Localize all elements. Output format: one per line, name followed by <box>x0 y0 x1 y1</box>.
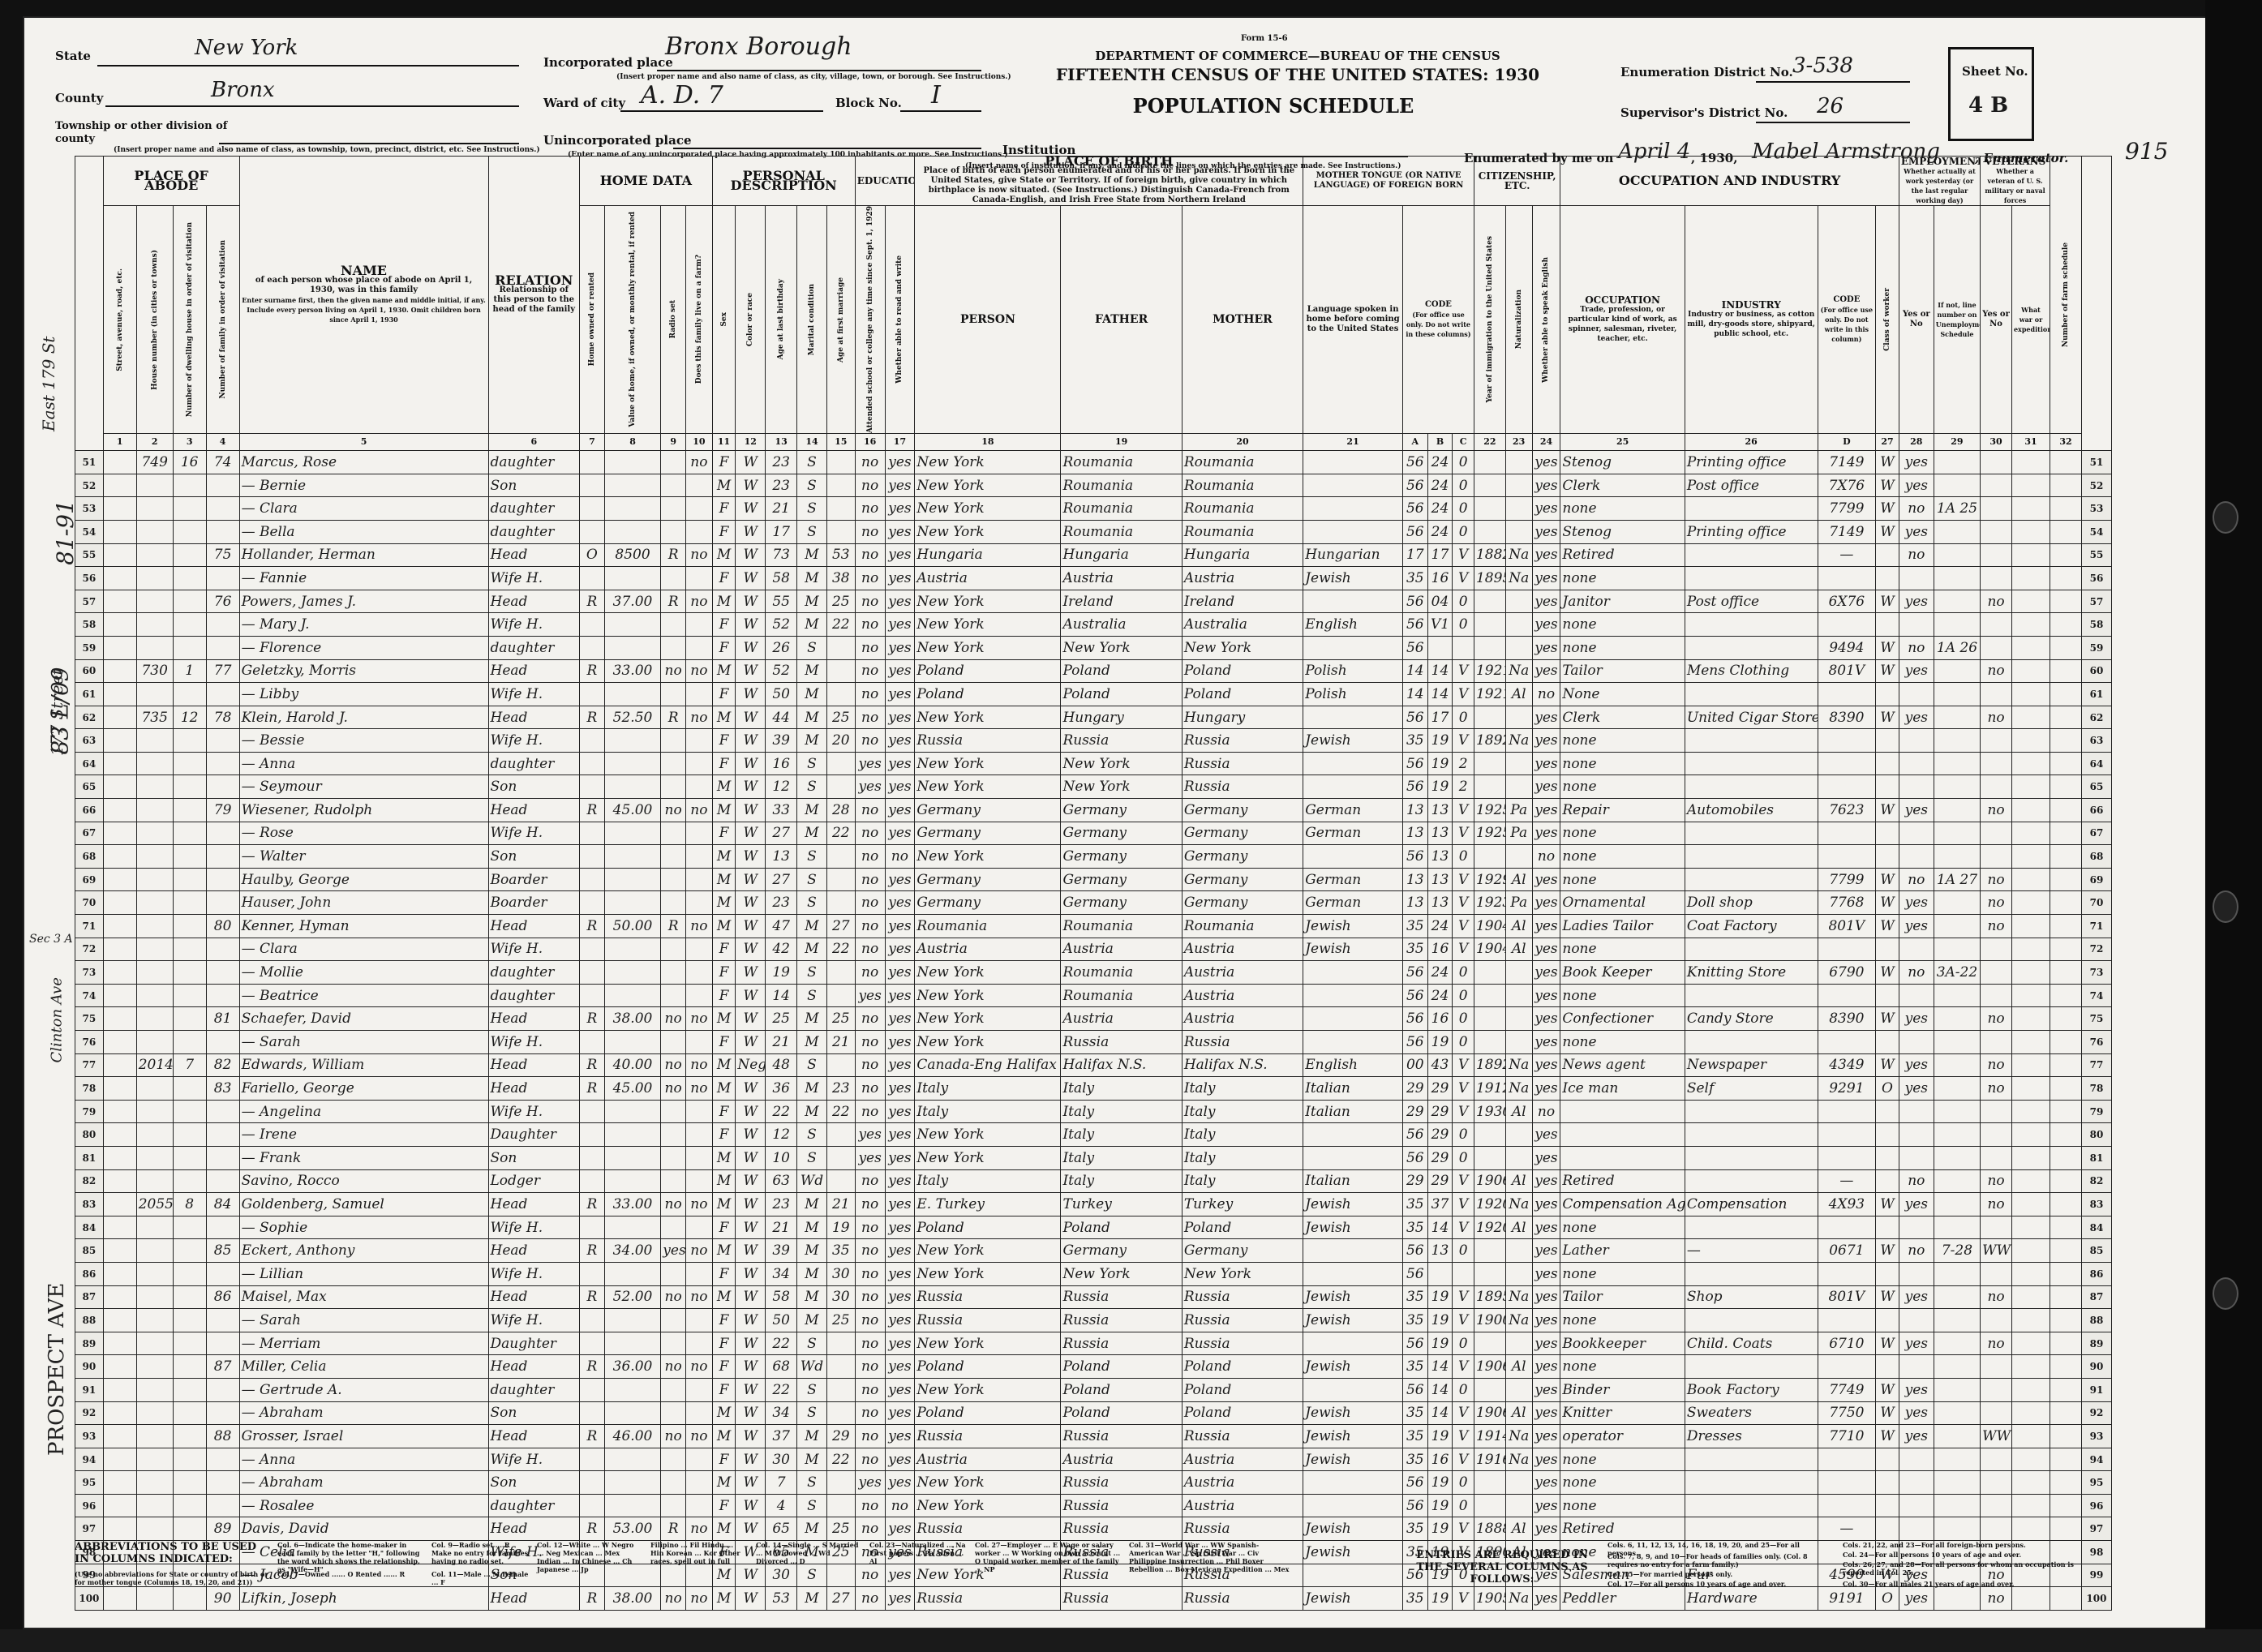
employment-cell: no <box>1899 1169 1934 1193</box>
home-value-cell <box>604 1169 661 1193</box>
occupation-cell: Lather <box>1560 1239 1685 1263</box>
family-cell <box>206 938 239 961</box>
occupation-cell: none <box>1560 938 1685 961</box>
birthplace-father-cell: Austria <box>1061 938 1182 961</box>
line-number-right: 58 <box>2081 613 2111 637</box>
age-cell: 13 <box>766 845 797 869</box>
marital-cell: S <box>797 775 827 799</box>
column-number: 13 <box>766 434 797 451</box>
birthplace-father-cell: Russia <box>1061 1332 1182 1355</box>
line-number: 78 <box>75 1077 104 1101</box>
race-cell: Neg <box>736 1053 766 1077</box>
farm-schedule-cell <box>2050 659 2082 683</box>
veteran-cell: WW <box>1981 1239 2012 1263</box>
war-cell <box>2011 590 2050 613</box>
enum-district-value: 3-538 <box>1792 54 1853 78</box>
radio-cell <box>661 1332 686 1355</box>
dwelling-cell <box>173 1169 206 1193</box>
language-cell: English <box>1303 1053 1403 1077</box>
english-cell: yes <box>1532 1169 1560 1193</box>
marital-cell: M <box>797 1100 827 1123</box>
school-cell: no <box>855 1007 885 1031</box>
family-cell <box>206 1031 239 1054</box>
occupation-code-cell: 0671 <box>1818 1239 1876 1263</box>
naturalization-cell <box>1505 636 1532 659</box>
farm-cell <box>685 1216 712 1239</box>
birthplace-mother-cell: Russia <box>1182 1285 1303 1309</box>
home-value-cell: 45.00 <box>604 1077 661 1101</box>
birthplace-father-cell: Poland <box>1061 1401 1182 1425</box>
birthplace-person-cell: Russia <box>915 1517 1061 1541</box>
code-a-cell: 00 <box>1402 1053 1427 1077</box>
english-cell: yes <box>1532 1448 1560 1471</box>
column-number: 8 <box>604 434 661 451</box>
veteran-cell <box>1981 1146 2012 1169</box>
code-a-cell: 56 <box>1402 752 1427 775</box>
street-cell <box>103 1031 136 1054</box>
war-cell <box>2011 1494 2050 1517</box>
birthplace-person-cell: New York <box>915 1262 1061 1285</box>
birthplace-mother-cell: New York <box>1182 636 1303 659</box>
farm-cell <box>685 613 712 637</box>
sex-cell: F <box>712 729 736 753</box>
veteran-cell <box>1981 613 2012 637</box>
birthplace-mother-cell: Germany <box>1182 891 1303 915</box>
read-write-cell: yes <box>885 1378 915 1401</box>
relation-cell: Head <box>488 1193 580 1216</box>
radio-cell: no <box>661 1355 686 1379</box>
birthplace-mother-cell: Germany <box>1182 799 1303 822</box>
relation-cell: Wife H. <box>488 822 580 845</box>
birthplace-mother-cell: Germany <box>1182 845 1303 869</box>
age-marriage-cell: 30 <box>826 1285 855 1309</box>
sex-cell: M <box>712 659 736 683</box>
school-cell: no <box>855 1401 885 1425</box>
code-a-cell: 14 <box>1402 659 1427 683</box>
race-cell: W <box>736 961 766 985</box>
county-label: County <box>55 91 103 105</box>
unincorporated-line <box>673 148 981 149</box>
code-b-cell: 29 <box>1427 1123 1453 1147</box>
age-cell: 26 <box>766 636 797 659</box>
column-number: 1 <box>103 434 136 451</box>
occupation-cell: none <box>1560 984 1685 1007</box>
farm-schedule-cell <box>2050 1216 2082 1239</box>
unemployment-line-cell <box>1934 1146 1980 1169</box>
farm-schedule-cell <box>2050 590 2082 613</box>
class-worker-cell: W <box>1876 590 1899 613</box>
language-cell: Italian <box>1303 1100 1403 1123</box>
birthplace-mother-cell: Russia <box>1182 1031 1303 1054</box>
marital-cell: Wd <box>797 1169 827 1193</box>
class-worker-cell: W <box>1876 1239 1899 1263</box>
name-cell: Haulby, George <box>239 868 488 891</box>
occupation-code-cell: 801V <box>1818 1285 1876 1309</box>
home-owned-cell: R <box>580 590 605 613</box>
family-cell <box>206 868 239 891</box>
radio-cell <box>661 1123 686 1147</box>
state-label: State <box>55 49 91 63</box>
naturalization-cell <box>1505 1332 1532 1355</box>
code-c-cell: 0 <box>1453 1494 1474 1517</box>
home-owned-cell <box>580 520 605 543</box>
war-cell <box>2011 1471 2050 1495</box>
naturalization-cell: Na <box>1505 1053 1532 1077</box>
home-owned-cell: R <box>580 1053 605 1077</box>
name-cell: Maisel, Max <box>239 1285 488 1309</box>
name-cell: — Abraham <box>239 1471 488 1495</box>
unemployment-line-cell <box>1934 520 1980 543</box>
occupation-code-cell <box>1818 1471 1876 1495</box>
unemployment-line-cell <box>1934 1332 1980 1355</box>
birthplace-person-cell: Hungaria <box>915 543 1061 567</box>
column-number: 19 <box>1061 434 1182 451</box>
line-number: 67 <box>75 822 104 845</box>
occupation-cell: none <box>1560 868 1685 891</box>
home-owned-cell <box>580 1332 605 1355</box>
marital-cell: S <box>797 752 827 775</box>
language-cell: Hungarian <box>1303 543 1403 567</box>
line-number: 81 <box>75 1146 104 1169</box>
read-write-cell: yes <box>885 613 915 637</box>
house-number-cell <box>136 1517 173 1541</box>
farm-schedule-cell <box>2050 1448 2082 1471</box>
relation-cell: Head <box>488 1239 580 1263</box>
marital-cell: M <box>797 938 827 961</box>
name-cell: — Walter <box>239 845 488 869</box>
occupation-code-cell: 4X93 <box>1818 1193 1876 1216</box>
school-cell: no <box>855 938 885 961</box>
war-cell <box>2011 845 2050 869</box>
birthplace-father-cell: Ireland <box>1061 590 1182 613</box>
dwelling-cell <box>173 1100 206 1123</box>
relation-cell: Head <box>488 1517 580 1541</box>
employment-cell <box>1899 938 1934 961</box>
farm-schedule-cell <box>2050 845 2082 869</box>
occupation-code-cell <box>1818 1309 1876 1332</box>
family-cell <box>206 1471 239 1495</box>
veteran-cell <box>1981 497 2012 521</box>
family-cell <box>206 1494 239 1517</box>
occupation-code-cell <box>1818 1355 1876 1379</box>
english-cell: yes <box>1532 613 1560 637</box>
home-value-cell <box>604 1146 661 1169</box>
township-label: Township or other division of county <box>55 120 242 146</box>
unemployment-line-cell <box>1934 1193 1980 1216</box>
home-value-cell: 45.00 <box>604 799 661 822</box>
table-row: 91— Gertrude A.daughterFW22SnoyesNew Yor… <box>75 1378 2112 1401</box>
occupation-code-cell <box>1818 775 1876 799</box>
home-value-cell: 52.00 <box>604 1285 661 1309</box>
farm-cell: no <box>685 915 712 938</box>
table-row: 94— AnnaWife H.FW30M22noyesAustriaAustri… <box>75 1448 2112 1471</box>
code-c-cell: V <box>1453 1053 1474 1077</box>
code-c-cell <box>1453 1262 1474 1285</box>
unemployment-line-cell <box>1934 915 1980 938</box>
occupation-code-cell <box>1818 938 1876 961</box>
birthplace-person-cell: New York <box>915 520 1061 543</box>
farm-schedule-cell <box>2050 543 2082 567</box>
birthplace-father-cell: Germany <box>1061 822 1182 845</box>
unemployment-line-cell <box>1934 775 1980 799</box>
employment-cell <box>1899 683 1934 706</box>
age-marriage-cell <box>826 1494 855 1517</box>
table-row: 86— LillianWife H.FW34M30noyesNew YorkNe… <box>75 1262 2112 1285</box>
unemployment-line-cell <box>1934 474 1980 497</box>
house-number-cell <box>136 799 173 822</box>
unemployment-line-cell <box>1934 1007 1980 1031</box>
marital-cell: M <box>797 1077 827 1101</box>
naturalization-cell: Na <box>1505 1448 1532 1471</box>
read-write-cell: yes <box>885 1425 915 1448</box>
english-cell: no <box>1532 845 1560 869</box>
farm-cell: no <box>685 1193 712 1216</box>
name-cell: Schaefer, David <box>239 1007 488 1031</box>
home-owned-cell <box>580 1471 605 1495</box>
class-worker-cell: W <box>1876 1285 1899 1309</box>
line-number: 90 <box>75 1355 104 1379</box>
immigration-year-cell: 1921 <box>1474 659 1505 683</box>
radio-cell: R <box>661 706 686 729</box>
marital-cell: M <box>797 590 827 613</box>
age-cell: 22 <box>766 1100 797 1123</box>
farm-schedule-cell <box>2050 1262 2082 1285</box>
family-cell <box>206 891 239 915</box>
read-write-cell: yes <box>885 520 915 543</box>
birthplace-father-cell: Italy <box>1061 1146 1182 1169</box>
farm-schedule-cell <box>2050 567 2082 590</box>
home-owned-cell <box>580 1123 605 1147</box>
age-marriage-header: Age at first marriage <box>826 206 855 434</box>
class-worker-cell <box>1876 1471 1899 1495</box>
age-cell: 23 <box>766 1193 797 1216</box>
birthplace-father-cell: Russia <box>1061 1031 1182 1054</box>
veteran-cell <box>1981 543 2012 567</box>
street-cell <box>103 1193 136 1216</box>
class-worker-cell: W <box>1876 1425 1899 1448</box>
dwelling-cell <box>173 590 206 613</box>
code-a-cell: 13 <box>1402 868 1427 891</box>
group-citizenship: CITIZENSHIP, ETC. <box>1474 157 1560 206</box>
table-row: 64— AnnadaughterFW16SyesyesNew YorkNew Y… <box>75 752 2112 775</box>
employment-cell: yes <box>1899 799 1934 822</box>
house-number-cell <box>136 938 173 961</box>
dwelling-cell <box>173 1007 206 1031</box>
occupation-code-cell: 7799 <box>1818 868 1876 891</box>
column-number: D <box>1818 434 1876 451</box>
code-b-cell: 17 <box>1427 543 1453 567</box>
age-cell: 23 <box>766 891 797 915</box>
relation-cell: Son <box>488 1471 580 1495</box>
read-write-cell: yes <box>885 1239 915 1263</box>
birthplace-mother-cell: Austria <box>1182 1471 1303 1495</box>
relation-cell: daughter <box>488 752 580 775</box>
age-cell: 73 <box>766 543 797 567</box>
radio-cell <box>661 683 686 706</box>
farm-cell <box>685 845 712 869</box>
line-number-right: 74 <box>2081 984 2111 1007</box>
code-a-cell: 35 <box>1402 1193 1427 1216</box>
birthplace-person-cell: New York <box>915 1378 1061 1401</box>
industry-cell <box>1685 1146 1818 1169</box>
english-cell: no <box>1532 1100 1560 1123</box>
line-number-right: 64 <box>2081 752 2111 775</box>
dwelling-cell: 12 <box>173 706 206 729</box>
relation-cell: Wife H. <box>488 1448 580 1471</box>
birthplace-person-cell: Germany <box>915 822 1061 845</box>
vet-war-header: What war or expedition? <box>2011 206 2050 434</box>
school-cell: yes <box>855 752 885 775</box>
war-cell <box>2011 752 2050 775</box>
line-number-right: 79 <box>2081 1100 2111 1123</box>
sex-cell: F <box>712 752 736 775</box>
age-marriage-cell: 21 <box>826 1031 855 1054</box>
table-row: 92— AbrahamSonMW34SnoyesPolandPolandPola… <box>75 1401 2112 1425</box>
race-cell: W <box>736 1123 766 1147</box>
occupation-cell <box>1560 1100 1685 1123</box>
marital-cell: S <box>797 984 827 1007</box>
table-row: 9388Grosser, IsraelHeadR46.00nonoMW37M29… <box>75 1425 2112 1448</box>
table-row: 76— SarahWife H.FW21M21noyesNew YorkRuss… <box>75 1031 2112 1054</box>
line-number-right: 84 <box>2081 1216 2111 1239</box>
sex-cell: M <box>712 1471 736 1495</box>
class-worker-cell <box>1876 1216 1899 1239</box>
home-value-cell: 38.00 <box>604 1007 661 1031</box>
language-cell <box>1303 1123 1403 1147</box>
naturalization-cell <box>1505 1262 1532 1285</box>
language-cell: English <box>1303 613 1403 637</box>
age-marriage-cell: 30 <box>826 1262 855 1285</box>
naturalization-cell: Na <box>1505 543 1532 567</box>
birthplace-person-cell: New York <box>915 984 1061 1007</box>
industry-cell: United Cigar Store <box>1685 706 1818 729</box>
relation-cell: Head <box>488 1285 580 1309</box>
age-marriage-cell <box>826 752 855 775</box>
line-number: 55 <box>75 543 104 567</box>
read-write-cell: yes <box>885 1100 915 1123</box>
radio-cell: no <box>661 1285 686 1309</box>
veteran-cell <box>1981 1494 2012 1517</box>
sex-cell: F <box>712 1031 736 1054</box>
english-cell: yes <box>1532 938 1560 961</box>
street-cell <box>103 845 136 869</box>
farm-cell <box>685 1031 712 1054</box>
home-value-cell <box>604 1494 661 1517</box>
family-cell <box>206 1378 239 1401</box>
farm-cell: no <box>685 1077 712 1101</box>
line-number-header-right <box>2081 157 2111 451</box>
farm-schedule-cell <box>2050 822 2082 845</box>
industry-cell <box>1685 1216 1818 1239</box>
english-cell: yes <box>1532 1378 1560 1401</box>
farm-cell <box>685 822 712 845</box>
immigration-year-cell: 1895 <box>1474 567 1505 590</box>
line-number: 86 <box>75 1262 104 1285</box>
farm-cell <box>685 1471 712 1495</box>
house-number-cell <box>136 752 173 775</box>
line-number-right: 57 <box>2081 590 2111 613</box>
table-row: 73— MolliedaughterFW19SnoyesNew YorkRoum… <box>75 961 2112 985</box>
school-cell: no <box>855 729 885 753</box>
home-value-cell <box>604 520 661 543</box>
occupation-cell: Tailor <box>1560 1285 1685 1309</box>
line-number: 61 <box>75 683 104 706</box>
farm-schedule-cell <box>2050 1471 2082 1495</box>
family-cell: 77 <box>206 659 239 683</box>
age-cell: 12 <box>766 1123 797 1147</box>
sex-cell: F <box>712 1262 736 1285</box>
code-c-cell: V <box>1453 1216 1474 1239</box>
line-number-right: 54 <box>2081 520 2111 543</box>
immigration-year-cell: 1892 <box>1474 729 1505 753</box>
occupation-code-cell <box>1818 1216 1876 1239</box>
code-b-cell: 24 <box>1427 984 1453 1007</box>
line-number-right: 81 <box>2081 1146 2111 1169</box>
line-number: 66 <box>75 799 104 822</box>
house-number-cell <box>136 520 173 543</box>
naturalization-cell <box>1505 1378 1532 1401</box>
home-owned-cell <box>580 868 605 891</box>
birthplace-person-cell: Germany <box>915 868 1061 891</box>
owned-header: Home owned or rented <box>580 206 605 434</box>
unemployment-line-cell <box>1934 845 1980 869</box>
name-cell: — Bessie <box>239 729 488 753</box>
code-a-cell: 56 <box>1402 636 1427 659</box>
age-marriage-cell: 35 <box>826 1239 855 1263</box>
census-table: PLACE OF ABODE NAMEof each person whose … <box>75 156 2112 1611</box>
school-cell: no <box>855 590 885 613</box>
line-number-right: 56 <box>2081 567 2111 590</box>
english-cell: yes <box>1532 1401 1560 1425</box>
marital-cell: M <box>797 1262 827 1285</box>
house-number-cell: 2014 <box>136 1053 173 1077</box>
age-cell: 22 <box>766 1332 797 1355</box>
code-b-cell: 19 <box>1427 1471 1453 1495</box>
code-c-cell: 0 <box>1453 451 1474 474</box>
age-marriage-cell <box>826 1169 855 1193</box>
english-cell: yes <box>1532 1494 1560 1517</box>
code-c-cell: 0 <box>1453 845 1474 869</box>
birthplace-mother-cell: Russia <box>1182 1517 1303 1541</box>
column-number: 7 <box>580 434 605 451</box>
english-cell: yes <box>1532 520 1560 543</box>
school-cell: no <box>855 706 885 729</box>
dwelling-cell <box>173 613 206 637</box>
race-cell: W <box>736 775 766 799</box>
relation-cell: daughter <box>488 451 580 474</box>
column-number: C <box>1453 434 1474 451</box>
table-row: 7180Kenner, HymanHeadR50.00RnoMW47M27noy… <box>75 915 2112 938</box>
farm-schedule-cell <box>2050 474 2082 497</box>
language-cell <box>1303 1471 1403 1495</box>
home-value-cell <box>604 1100 661 1123</box>
age-marriage-cell <box>826 1378 855 1401</box>
line-number-right: 90 <box>2081 1355 2111 1379</box>
column-number: 14 <box>797 434 827 451</box>
race-cell: W <box>736 613 766 637</box>
house-number-cell <box>136 1146 173 1169</box>
house-number-cell <box>136 822 173 845</box>
street-cell <box>103 775 136 799</box>
english-cell: yes <box>1532 567 1560 590</box>
column-number: 20 <box>1182 434 1303 451</box>
occupation-cell: none <box>1560 636 1685 659</box>
occupation-code-cell <box>1818 1146 1876 1169</box>
veteran-cell: no <box>1981 706 2012 729</box>
birthplace-mother-cell: Russia <box>1182 752 1303 775</box>
birthplace-person-cell: Canada-Eng Halifax N.S. <box>915 1053 1061 1077</box>
marital-cell: M <box>797 1448 827 1471</box>
